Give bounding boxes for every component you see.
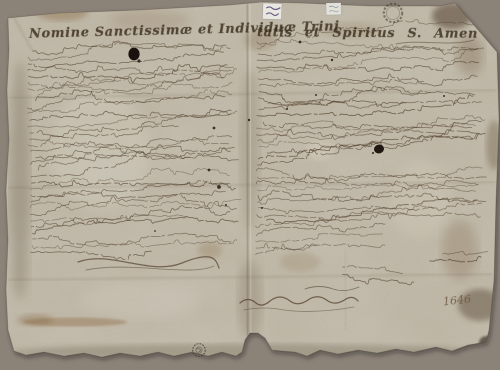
archive-sticker-1 (262, 3, 282, 20)
archive-sticker-2 (326, 3, 341, 15)
manuscript-scan: Nomine Sanctissimæ et Individuæ Trini ta… (0, 0, 500, 370)
parchment-sheet (0, 0, 500, 370)
parchment-artwork (0, 0, 500, 370)
